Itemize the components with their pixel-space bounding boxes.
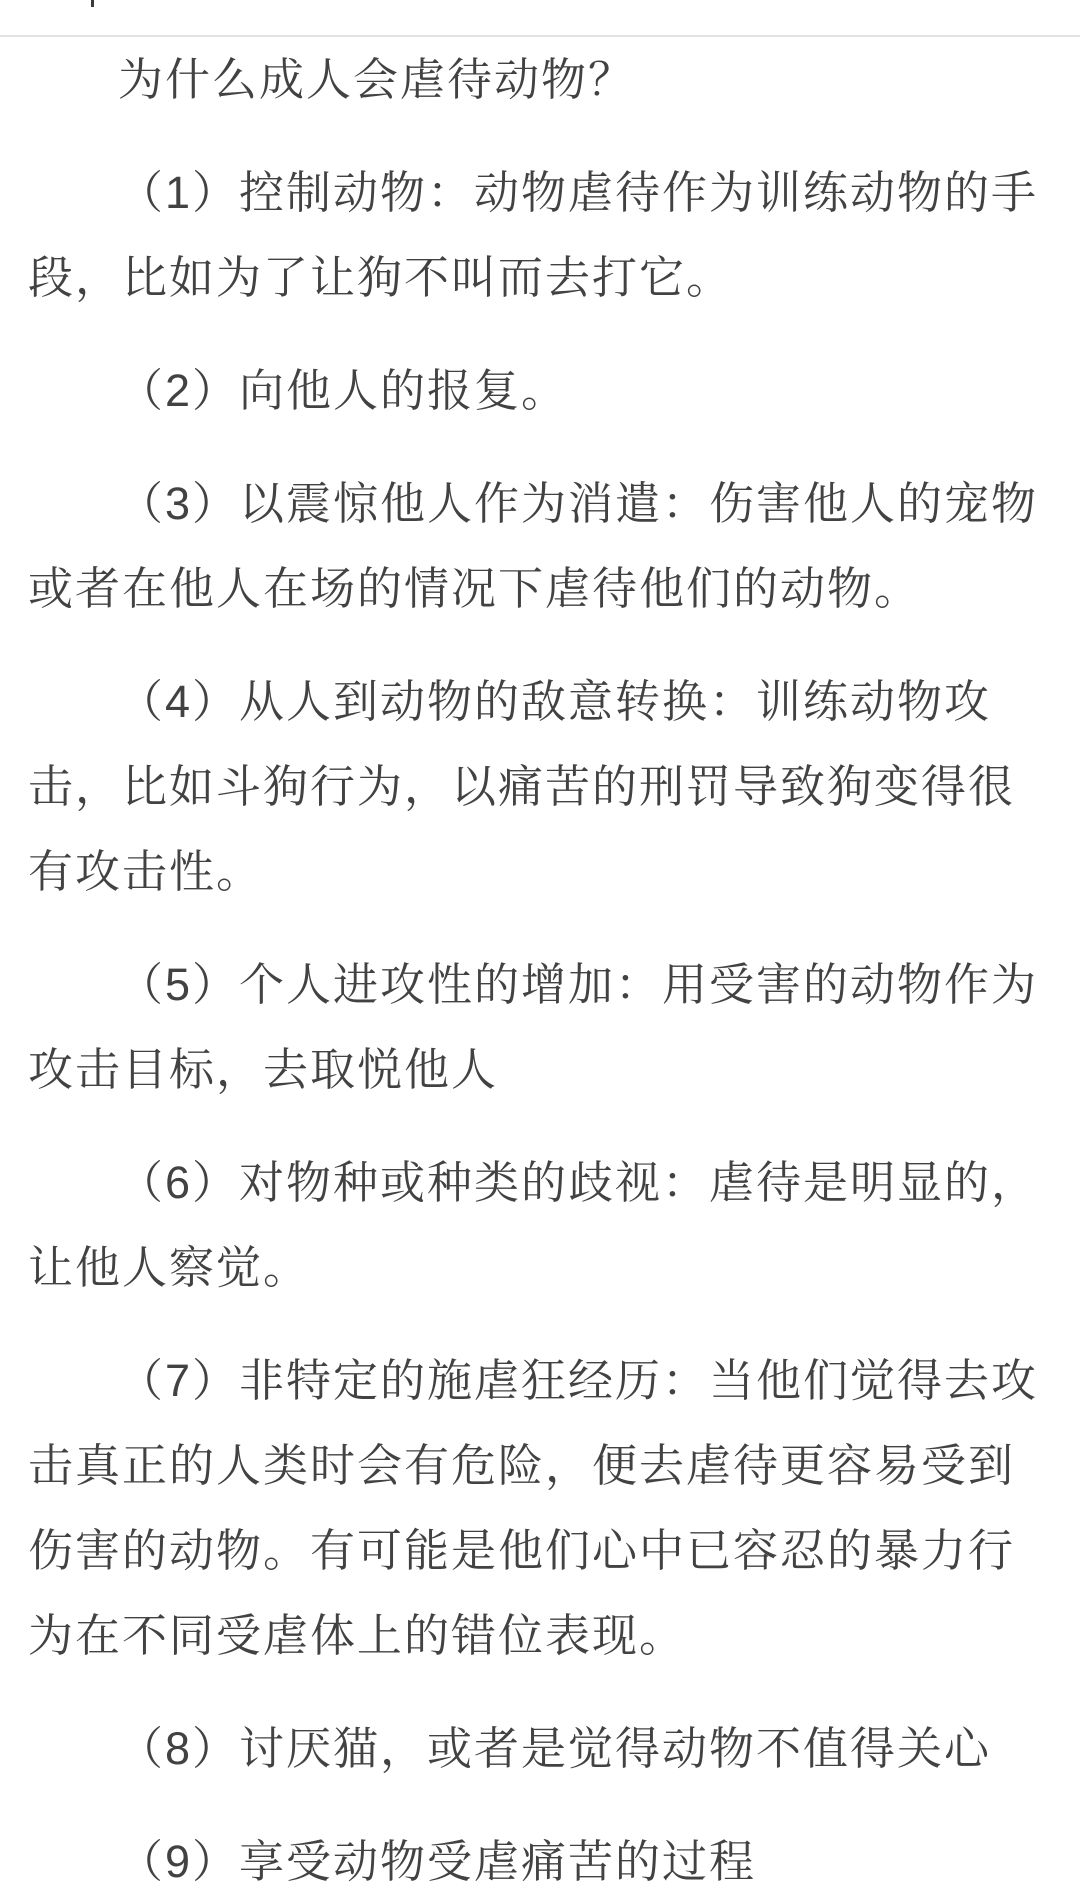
- article-title: 为什么成人会虐待动物？: [28, 37, 1052, 122]
- paragraph: （4）从人到动物的敌意转换：训练动物攻击，比如斗狗行为，以痛苦的刑罚导致狗变得很…: [28, 659, 1052, 914]
- top-divider: [0, 0, 1080, 37]
- article-page: 为什么成人会虐待动物？ （1）控制动物：动物虐待作为训练动物的手段，比如为了让狗…: [0, 0, 1080, 1899]
- paragraph-list: （1）控制动物：动物虐待作为训练动物的手段，比如为了让狗不叫而去打它。（2）向他…: [28, 150, 1052, 1899]
- paragraph: （6）对物种或种类的歧视：虐待是明显的，让他人察觉。: [28, 1140, 1052, 1310]
- paragraph: （5）个人进攻性的增加：用受害的动物作为攻击目标，去取悦他人: [28, 942, 1052, 1112]
- paragraph: （8）讨厌猫，或者是觉得动物不值得关心: [28, 1706, 1052, 1791]
- paragraph: （2）向他人的报复。: [28, 348, 1052, 433]
- paragraph: （1）控制动物：动物虐待作为训练动物的手段，比如为了让狗不叫而去打它。: [28, 150, 1052, 320]
- paragraph: （7）非特定的施虐狂经历：当他们觉得去攻击真正的人类时会有危险，便去虐待更容易受…: [28, 1338, 1052, 1678]
- article-body: 为什么成人会虐待动物？ （1）控制动物：动物虐待作为训练动物的手段，比如为了让狗…: [0, 37, 1080, 1899]
- paragraph: （3）以震惊他人作为消遣：伤害他人的宠物或者在他人在场的情况下虐待他们的动物。: [28, 461, 1052, 631]
- paragraph: （9）享受动物受虐痛苦的过程: [28, 1819, 1052, 1899]
- clipped-text-artifact: [91, 0, 94, 7]
